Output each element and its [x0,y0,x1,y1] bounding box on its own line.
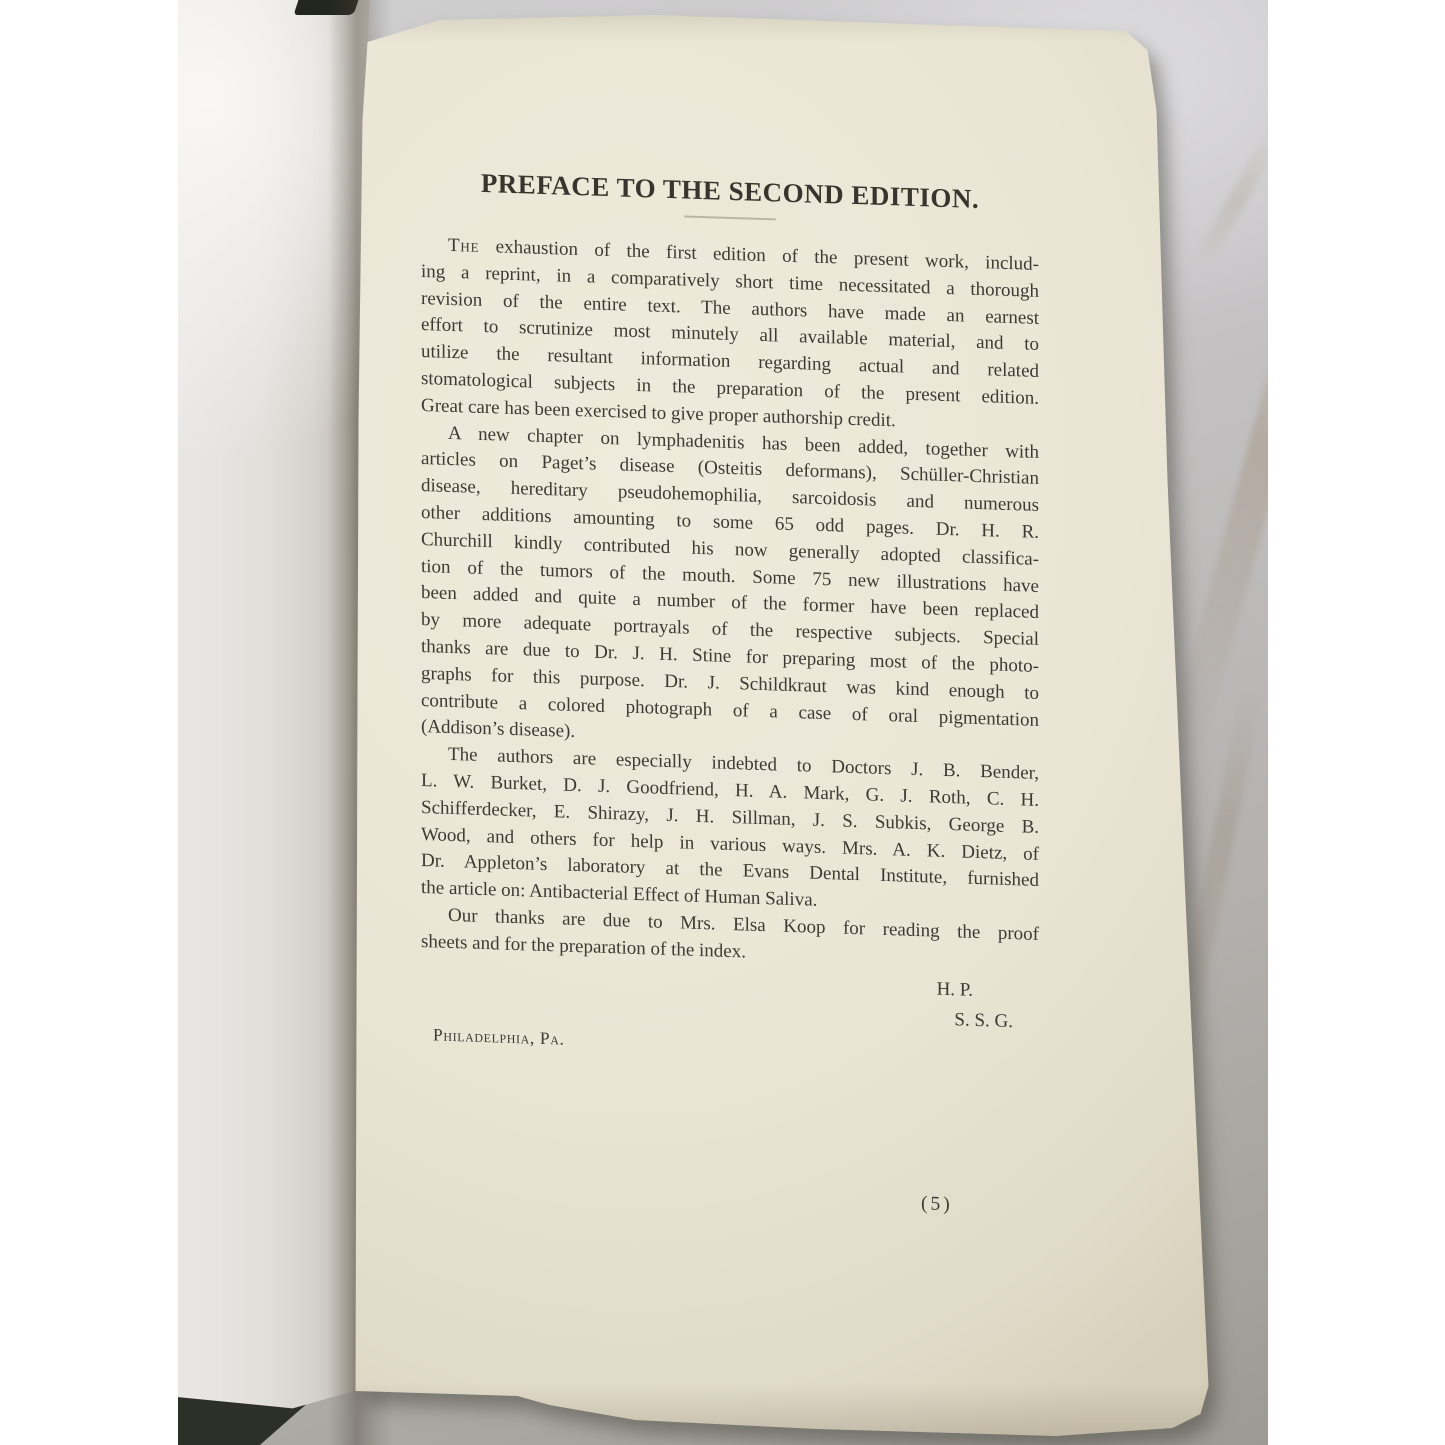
paragraph: The exhaustion of the first edition of t… [421,232,1039,440]
preface-paragraphs: The exhaustion of the first edition of t… [421,232,1039,975]
page-text-block: PREFACE TO THE SECOND EDITION. The exhau… [421,150,1039,1222]
right-page-wrap: PREFACE TO THE SECOND EDITION. The exhau… [178,0,1268,1445]
paragraph: A new chapter on lymphadenitis has been … [421,420,1039,762]
preface-page: PREFACE TO THE SECOND EDITION. The exhau… [178,0,1268,1445]
paragraph: The authors are especially indebted to D… [421,741,1039,922]
small-caps-lead: The [448,235,479,257]
title-rule [684,215,776,220]
page-title: PREFACE TO THE SECOND EDITION. [421,164,1039,218]
page-number: (5) [421,1175,1039,1222]
book-photo: PREFACE TO THE SECOND EDITION. The exhau… [178,0,1268,1445]
